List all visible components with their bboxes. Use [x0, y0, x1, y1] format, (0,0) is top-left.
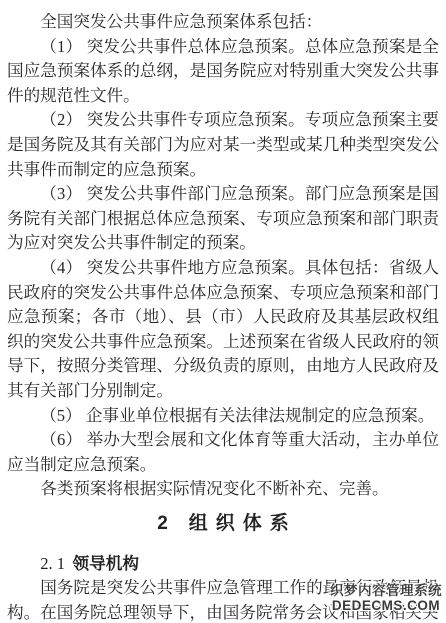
subsection-title: 领导机构 — [73, 554, 139, 573]
plan-item-2: （2） 突发公共事件专项应急预案。专项应急预案主要是国务院及其有关部门为应对某一… — [7, 108, 439, 182]
subsection-number: 2. 1 — [40, 554, 65, 573]
lead-paragraph: 国务院是突发公共事件应急管理工作的最高行政领导机构。在国务院总理领导下，由国务院… — [7, 576, 439, 623]
intro-paragraph: 全国突发公共事件应急预案体系包括： — [7, 10, 439, 35]
section-number: 2 — [157, 513, 168, 534]
section-heading: 2组织体系 — [7, 512, 439, 536]
section-title: 组织体系 — [189, 513, 297, 534]
subsection-heading: 2. 1领导机构 — [7, 552, 439, 577]
plan-item-3: （3） 突发公共事件部门应急预案。部门应急预案是国务院有关部门根据总体应急预案、… — [7, 182, 439, 256]
plan-item-4: （4） 突发公共事件地方应急预案。具体包括：省级人民政府的突发公共事件总体应急预… — [7, 256, 439, 404]
document-page: 全国突发公共事件应急预案体系包括： （1） 突发公共事件总体应急预案。总体应急预… — [0, 0, 446, 623]
plan-item-5: （5） 企事业单位根据有关法律法规制定的应急预案。 — [7, 404, 439, 429]
closing-paragraph: 各类预案将根据实际情况变化不断补充、完善。 — [7, 477, 439, 502]
plan-item-6: （6） 举办大型会展和文化体育等重大活动，主办单位应当制定应急预案。 — [7, 428, 439, 477]
plan-item-1: （1） 突发公共事件总体应急预案。总体应急预案是全国应急预案体系的总纲，是国务院… — [7, 35, 439, 109]
